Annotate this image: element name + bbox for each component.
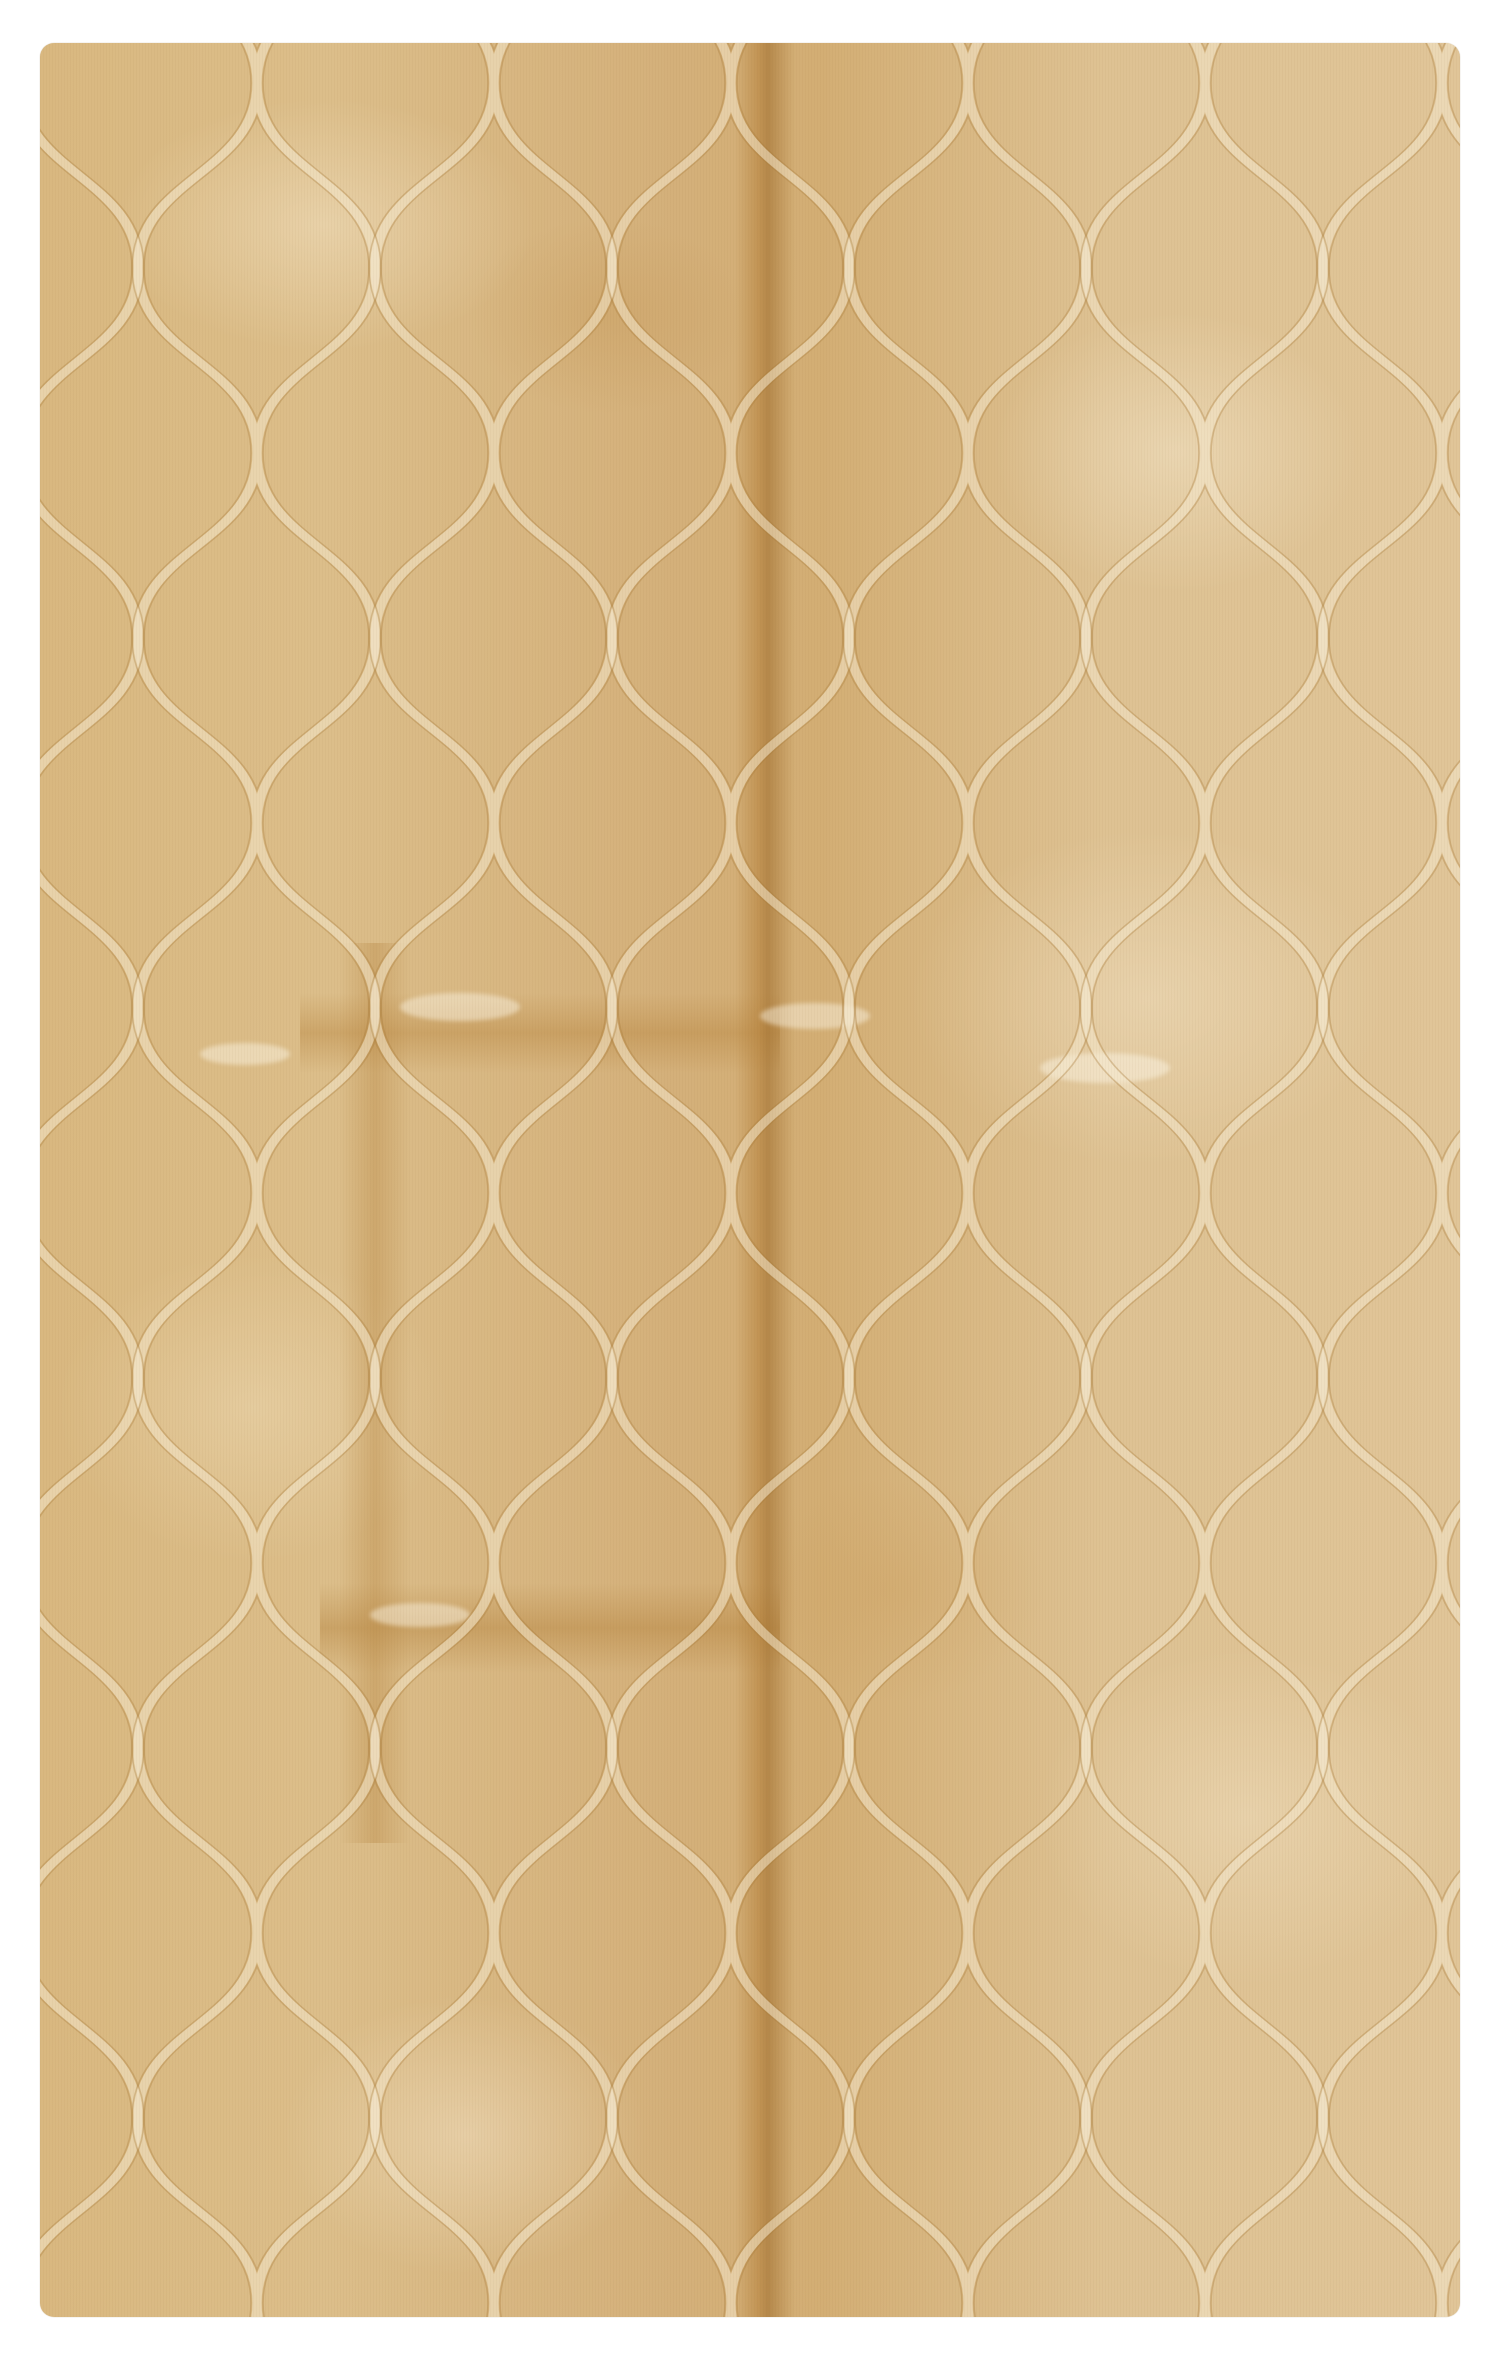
- rug: [40, 43, 1460, 2317]
- pile-texture: [40, 43, 1460, 2317]
